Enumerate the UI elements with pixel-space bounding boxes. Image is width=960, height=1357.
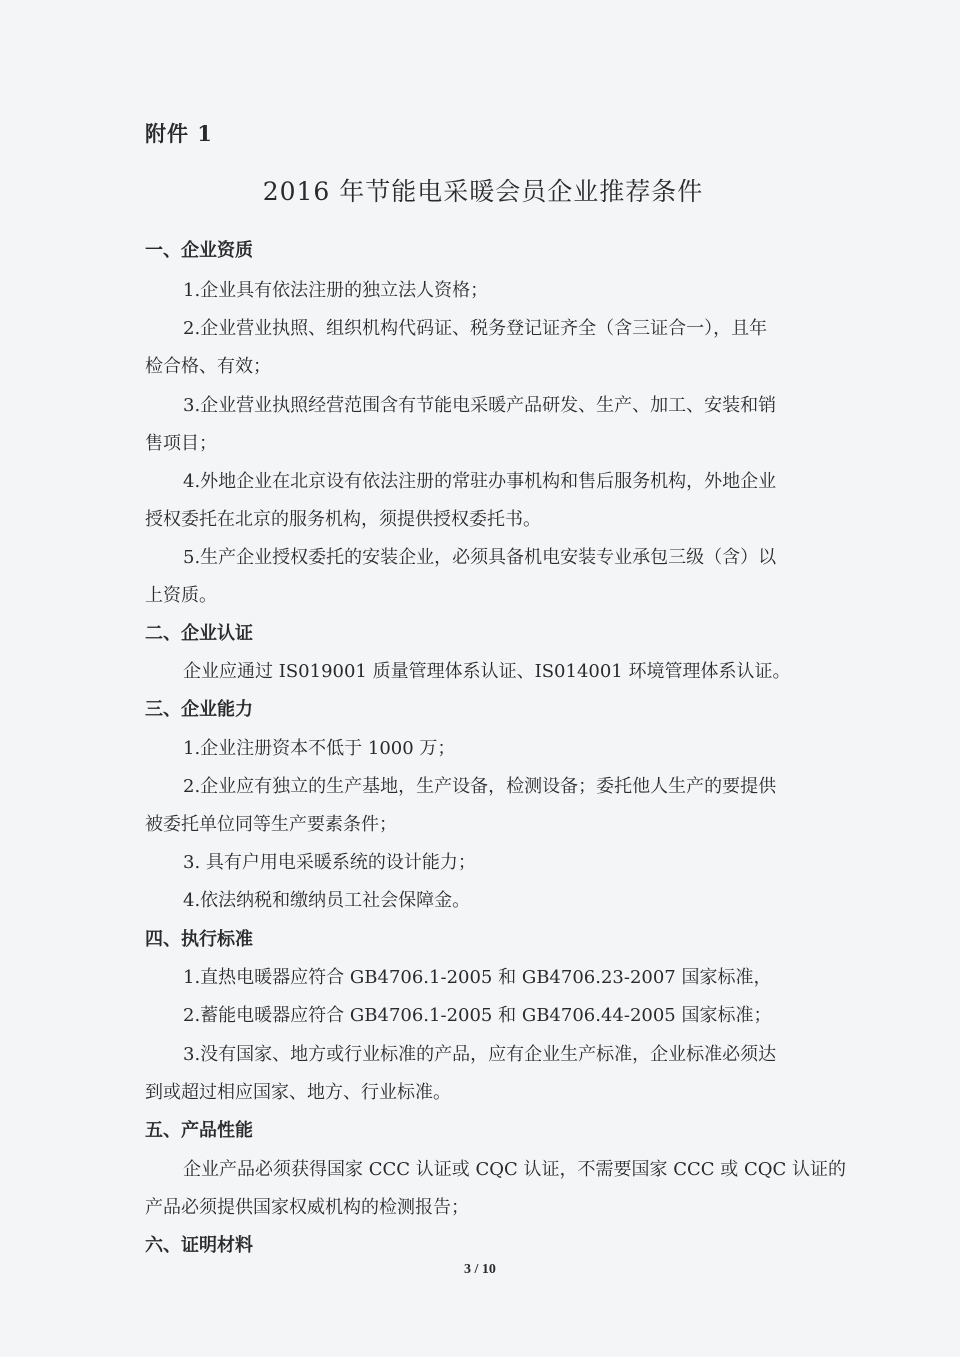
certification-item-1: 企业应通过 IS019001 质量管理体系认证、IS014001 环境管理体系认… bbox=[183, 657, 790, 683]
capability-item-1: 1.企业注册资本不低于 1000 万； bbox=[183, 734, 455, 760]
document-title: 2016 年节能电采暖会员企业推荐条件 bbox=[0, 172, 960, 208]
document-page: 附件 1 2016 年节能电采暖会员企业推荐条件 一、企业资质 1.企业具有依法… bbox=[0, 0, 960, 1357]
performance-item-1-line-2: 产品必须提供国家权威机构的检测报告； bbox=[145, 1193, 469, 1219]
attachment-label: 附件 1 bbox=[145, 118, 213, 148]
capability-item-2-line-1: 2.企业应有独立的生产基地，生产设备，检测设备；委托他人生产的要提供 bbox=[183, 772, 776, 798]
qualification-item-5-line-2: 上资质。 bbox=[145, 581, 217, 607]
standards-item-3-line-1: 3.没有国家、地方或行业标准的产品，应有企业生产标准，企业标准必须达 bbox=[183, 1040, 776, 1066]
standards-item-3-line-2: 到或超过相应国家、地方、行业标准。 bbox=[145, 1078, 451, 1104]
qualification-item-1: 1.企业具有依法注册的独立法人资格； bbox=[183, 276, 488, 302]
section-heading-certification: 二、企业认证 bbox=[145, 619, 253, 645]
qualification-item-5-line-1: 5.生产企业授权委托的安装企业，必须具备机电安装专业承包三级（含）以 bbox=[183, 543, 776, 569]
qualification-item-4-line-2: 授权委托在北京的服务机构，须提供授权委托书。 bbox=[145, 505, 541, 531]
performance-item-1-line-1: 企业产品必须获得国家 CCC 认证或 CQC 认证，不需要国家 CCC 或 CQ… bbox=[183, 1155, 846, 1181]
qualification-item-2-line-1: 2.企业营业执照、组织机构代码证、税务登记证齐全（含三证合一），且年 bbox=[183, 314, 767, 340]
qualification-item-3-line-1: 3.企业营业执照经营范围含有节能电采暖产品研发、生产、加工、安装和销 bbox=[183, 391, 776, 417]
section-heading-materials: 六、证明材料 bbox=[145, 1231, 253, 1257]
section-heading-performance: 五、产品性能 bbox=[145, 1116, 253, 1142]
qualification-item-2-line-2: 检合格、有效； bbox=[145, 352, 271, 378]
section-heading-standards: 四、执行标准 bbox=[145, 925, 253, 951]
section-heading-qualification: 一、企业资质 bbox=[145, 236, 253, 262]
capability-item-3: 3. 具有户用电采暖系统的设计能力； bbox=[183, 848, 476, 874]
qualification-item-3-line-2: 售项目； bbox=[145, 429, 217, 455]
capability-item-2-line-2: 被委托单位同等生产要素条件； bbox=[145, 810, 397, 836]
standards-item-2: 2.蓄能电暖器应符合 GB4706.1-2005 和 GB4706.44-200… bbox=[183, 1001, 771, 1027]
capability-item-4: 4.依法纳税和缴纳员工社会保障金。 bbox=[183, 886, 470, 912]
page-number: 3 / 10 bbox=[0, 1262, 960, 1278]
section-heading-capability: 三、企业能力 bbox=[145, 695, 253, 721]
qualification-item-4-line-1: 4.外地企业在北京设有依法注册的常驻办事机构和售后服务机构，外地企业 bbox=[183, 467, 776, 493]
standards-item-1: 1.直热电暖器应符合 GB4706.1-2005 和 GB4706.23-200… bbox=[183, 963, 771, 989]
